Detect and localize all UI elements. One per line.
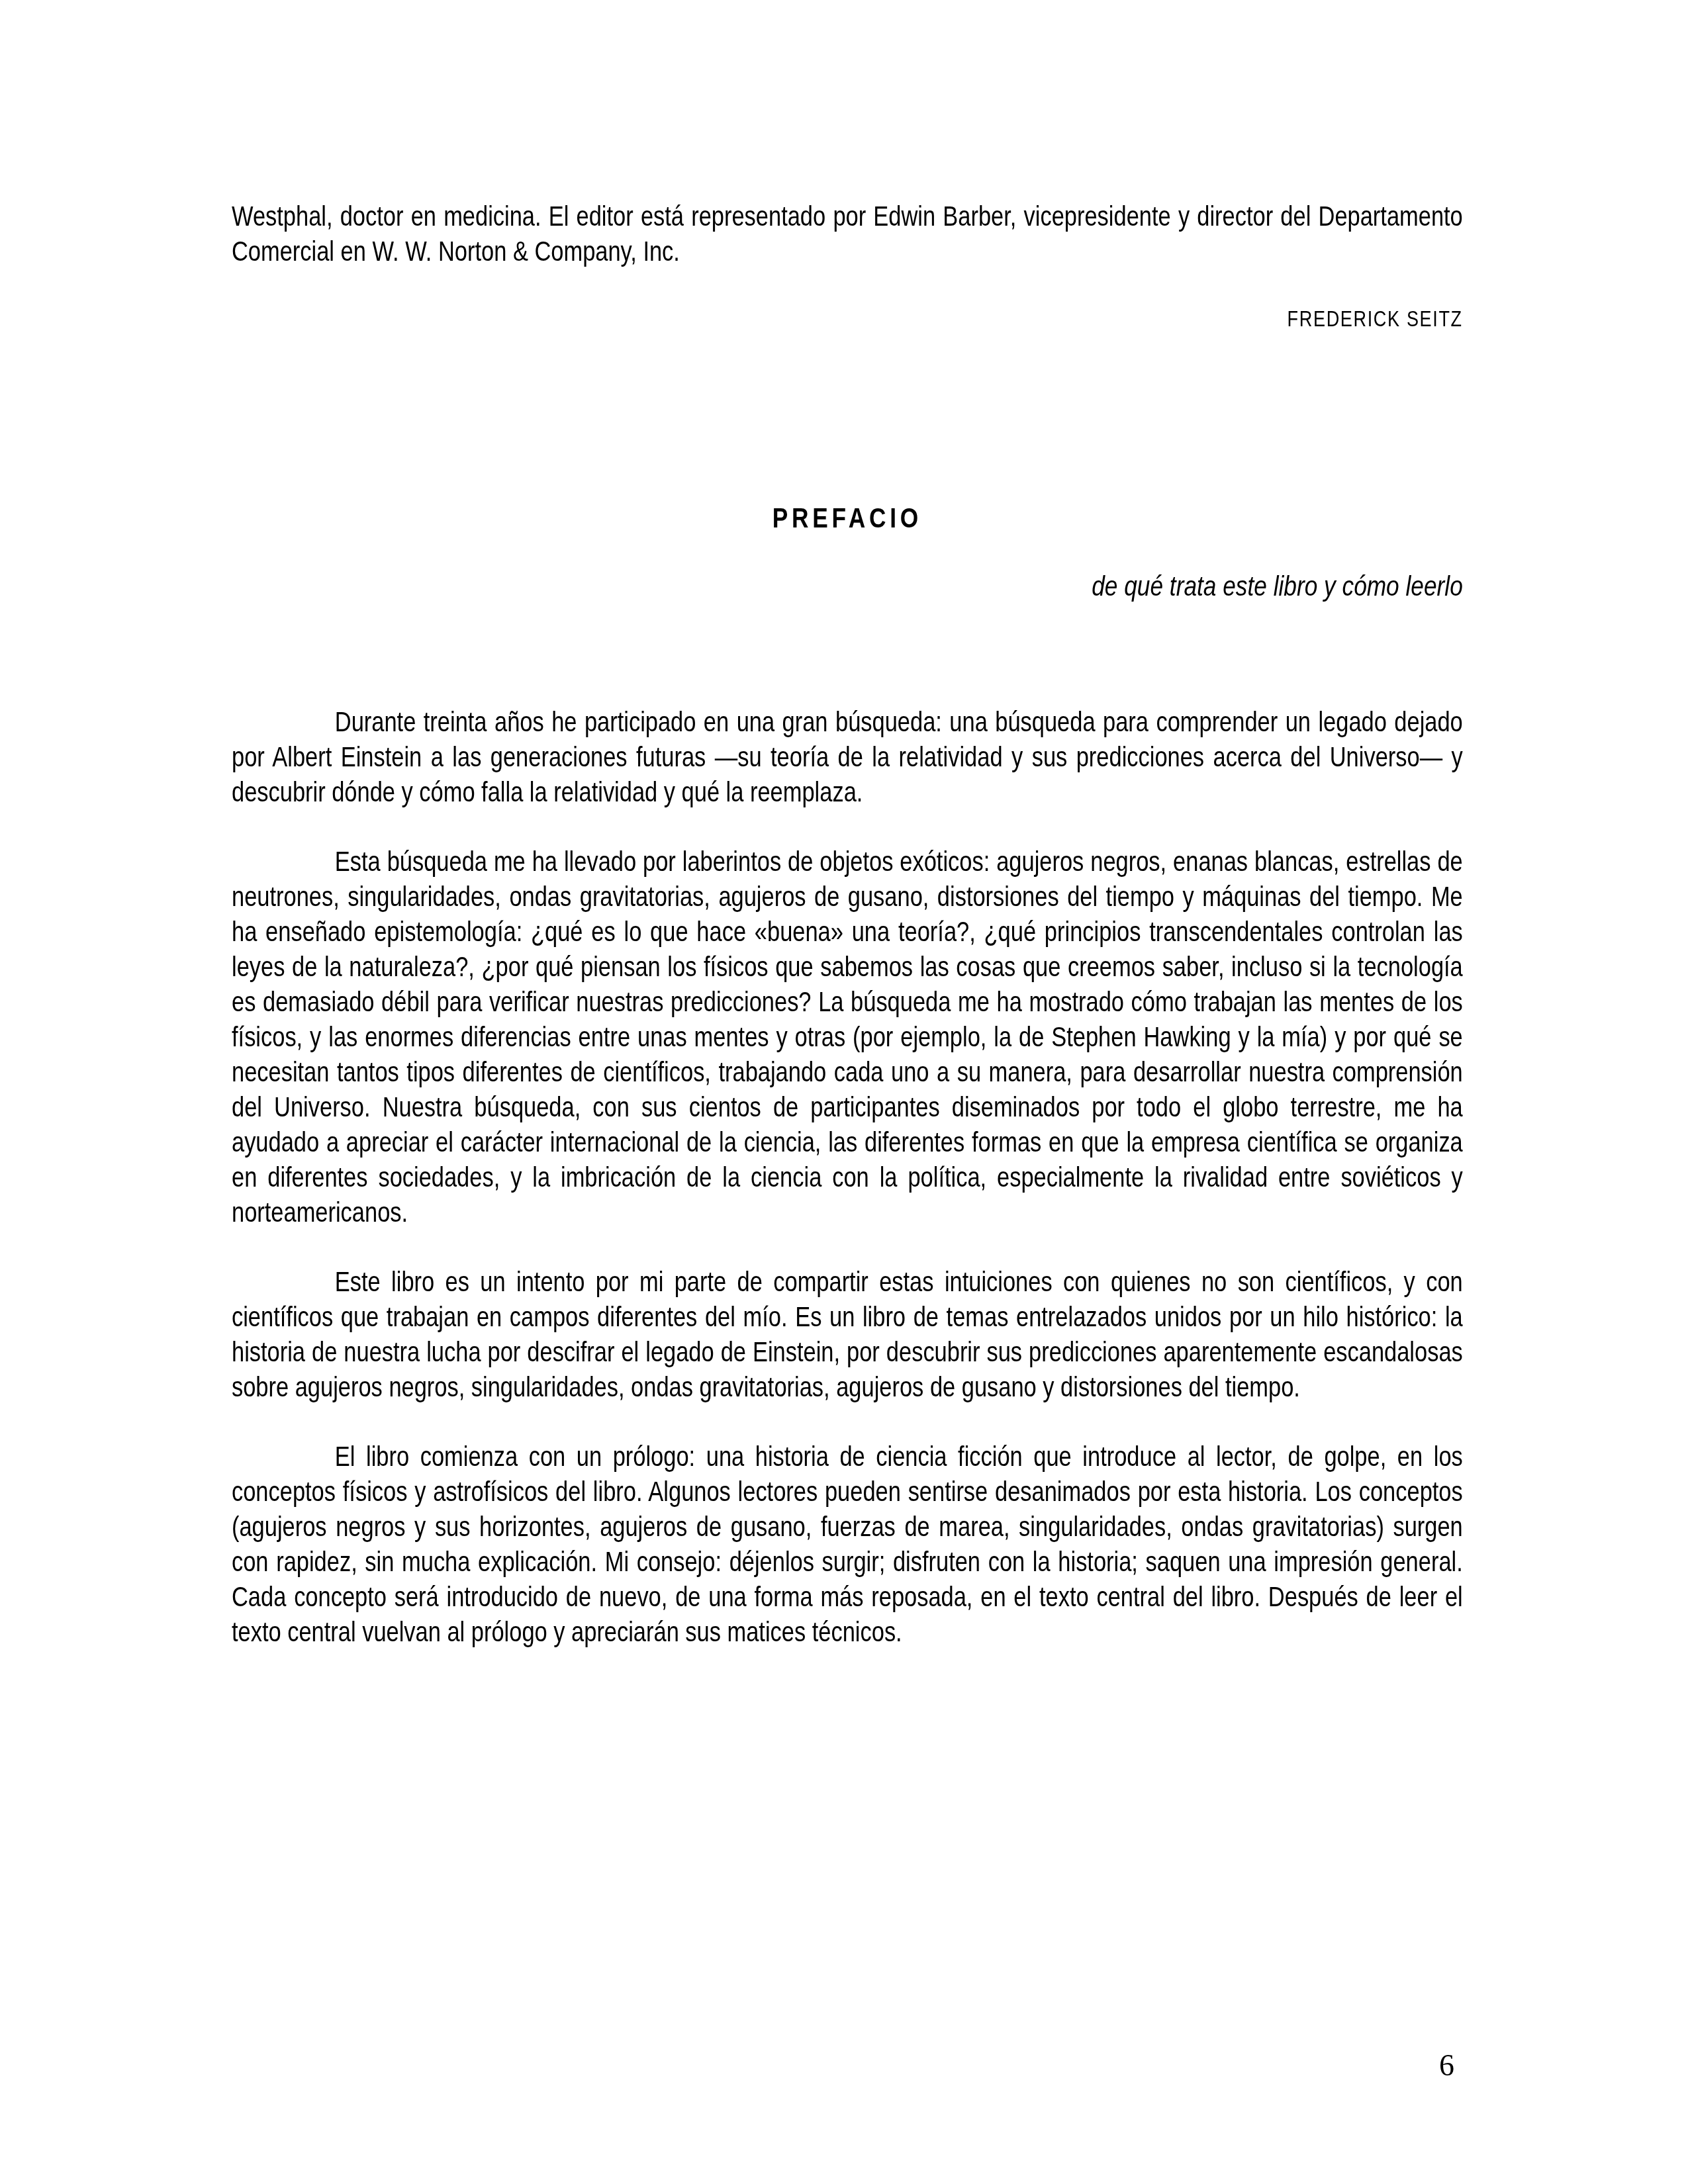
paragraph: Durante treinta años he participado en u… (232, 704, 1463, 809)
paragraph: Esta búsqueda me ha llevado por laberint… (232, 844, 1463, 1230)
continuation-paragraph: Westphal, doctor en medicina. El editor … (232, 199, 1463, 269)
section-subtitle: de qué trata este libro y cómo leerlo (232, 569, 1463, 604)
signature-name: FREDERICK SEITZ (232, 304, 1463, 333)
document-page: Westphal, doctor en medicina. El editor … (0, 0, 1688, 2184)
section-title: PREFACIO (232, 501, 1463, 535)
paragraph: Este libro es un intento por mi parte de… (232, 1264, 1463, 1404)
paragraph: El libro comienza con un prólogo: una hi… (232, 1439, 1463, 1649)
text-column: Westphal, doctor en medicina. El editor … (232, 199, 1463, 1684)
page-number: 6 (1439, 2050, 1454, 2081)
